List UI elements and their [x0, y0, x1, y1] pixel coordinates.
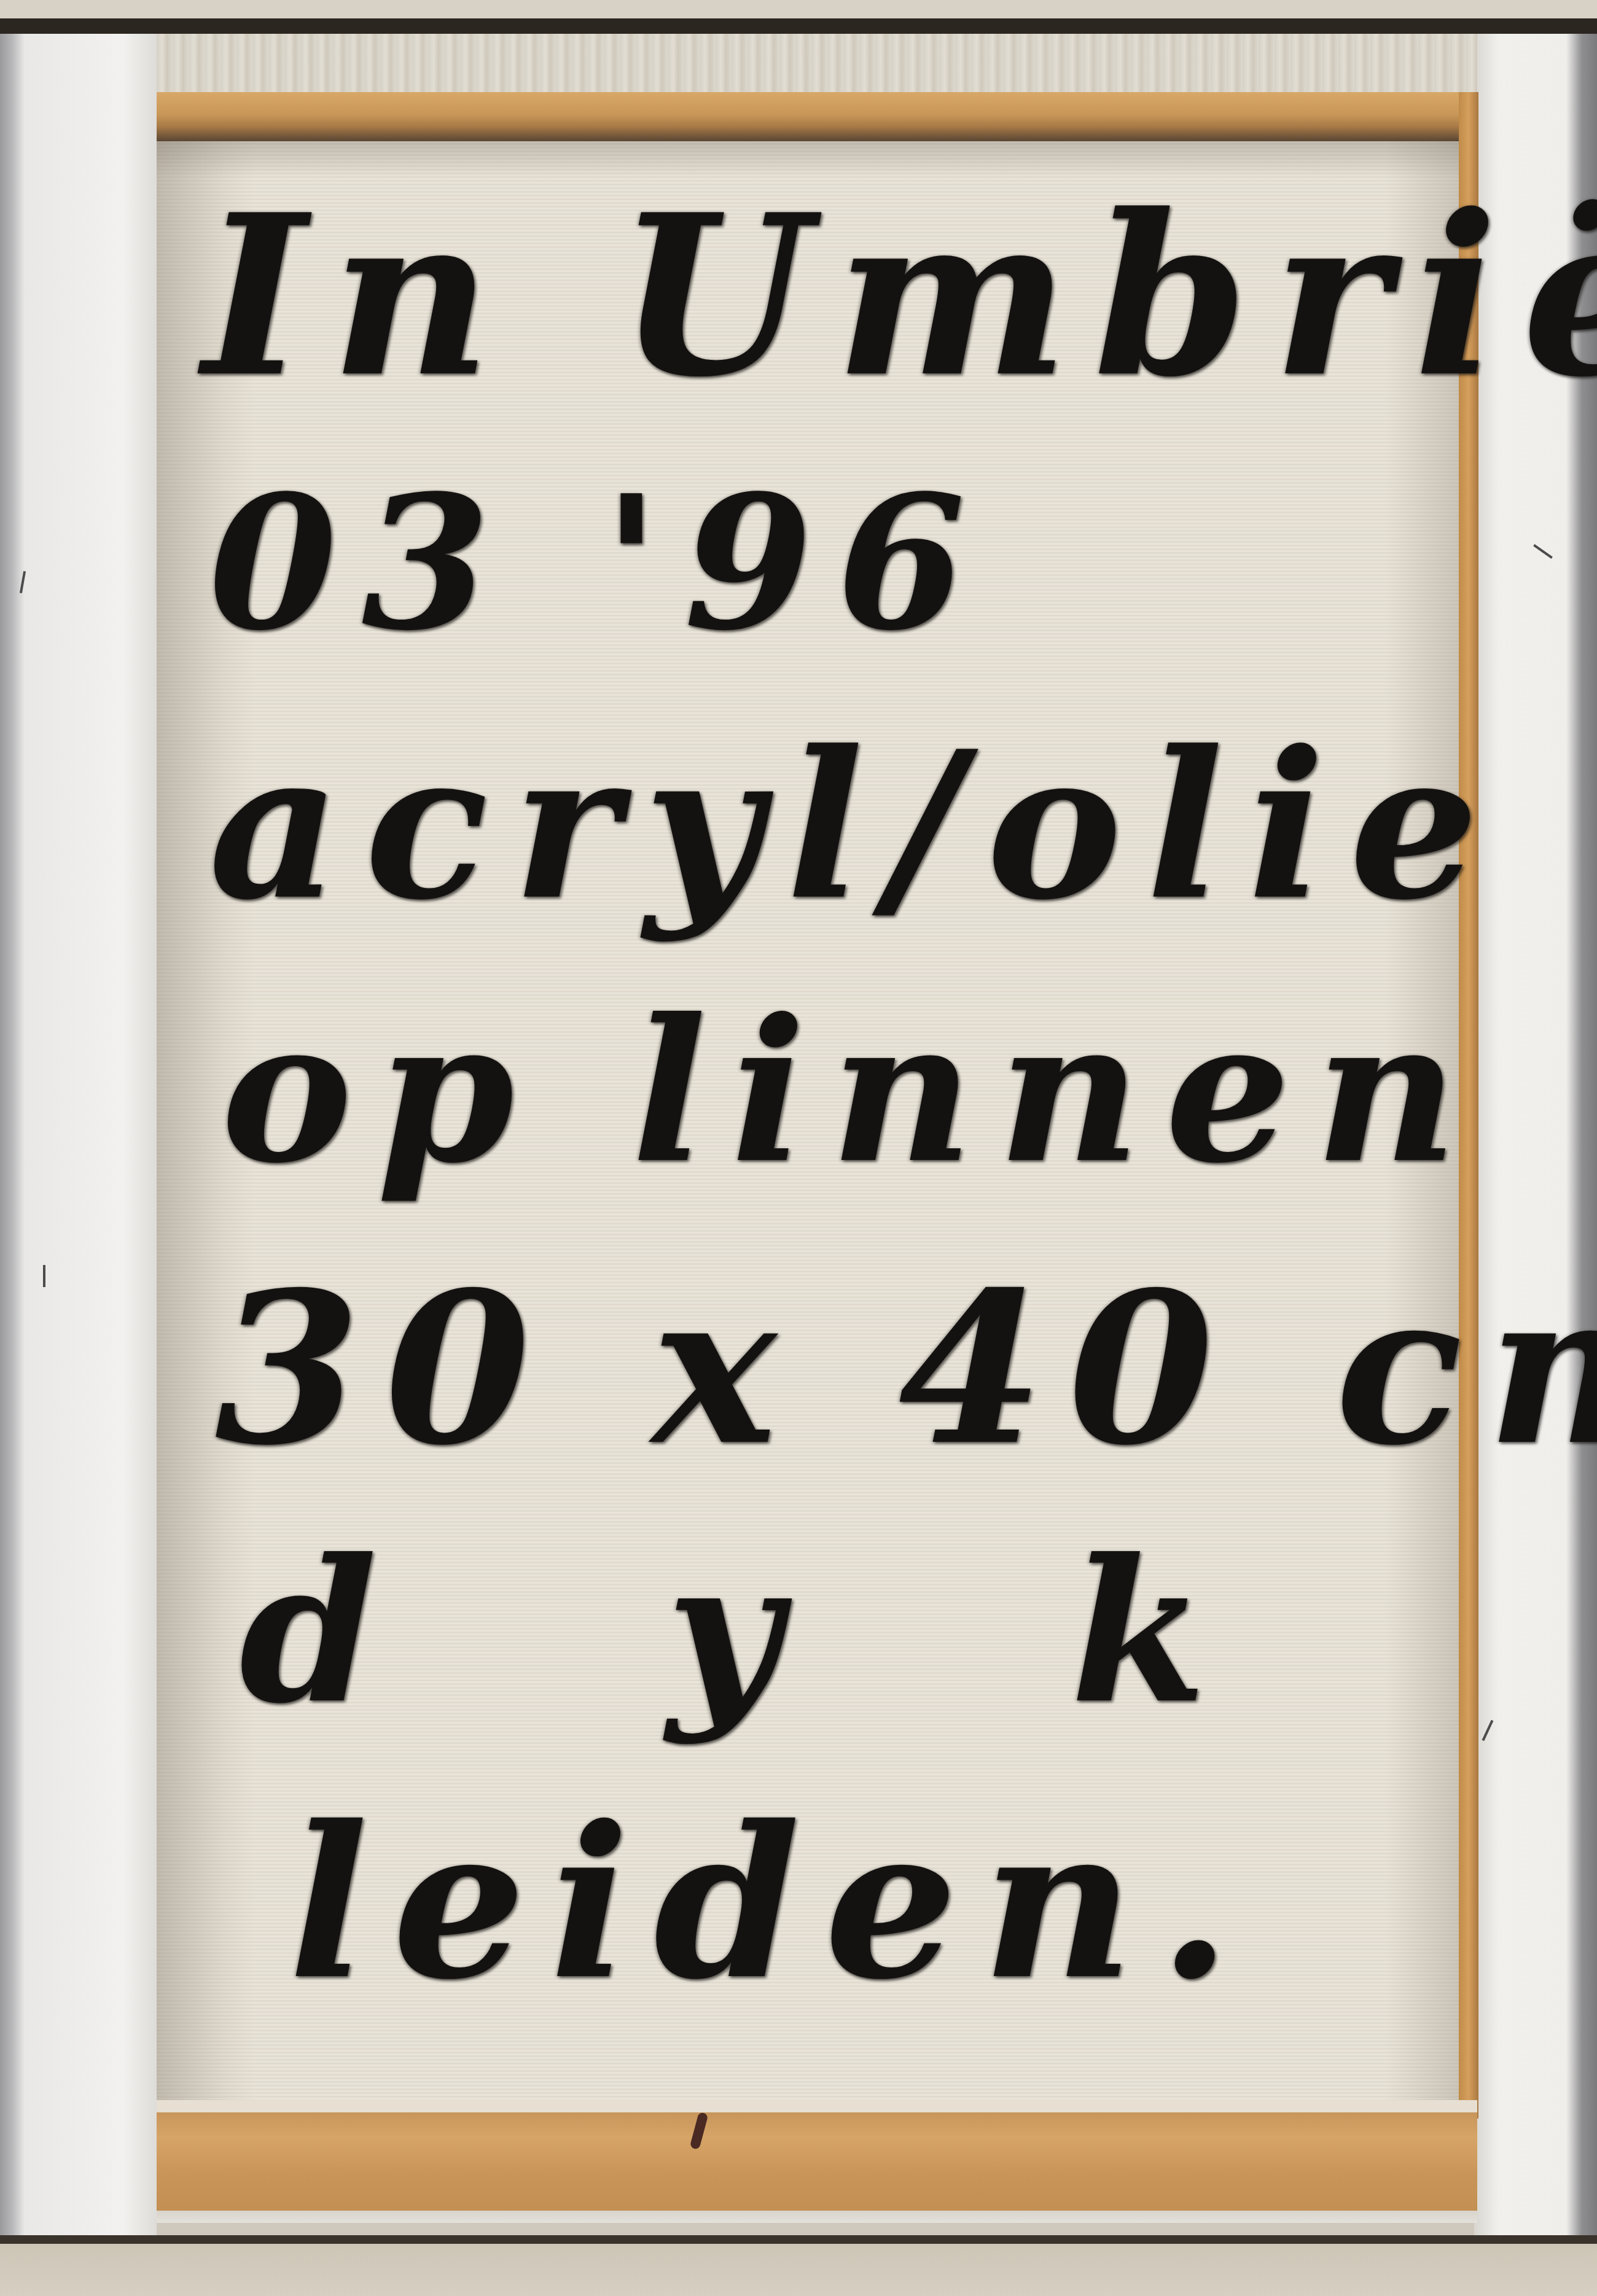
- frame-bottom-edge: [0, 2235, 1597, 2296]
- inscription-line-date: 03 '96: [209, 454, 990, 671]
- frame-left-side: [0, 34, 157, 2235]
- inscription-line-dimensions: 30 x 40 cm: [215, 1247, 1597, 1492]
- stretcher-bar-bottom: [157, 2100, 1477, 2223]
- inscription-line-city: leiden.: [289, 1781, 1255, 2026]
- frame-top-edge: [0, 0, 1597, 18]
- inscription-line-location: In Umbrië: [203, 166, 1597, 426]
- staple-icon: [43, 1265, 45, 1287]
- canvas-frayed-edge: [157, 34, 1477, 96]
- inscription-line-medium: acryl/olie: [209, 706, 1503, 944]
- handwritten-inscription: In Umbrië 03 '96 acryl/olie op linnen 30…: [203, 166, 1419, 2069]
- inscription-line-support: op linnen: [221, 976, 1482, 1207]
- inscription-line-signature: d y k: [240, 1517, 1317, 1747]
- stretcher-bar-top: [157, 92, 1477, 141]
